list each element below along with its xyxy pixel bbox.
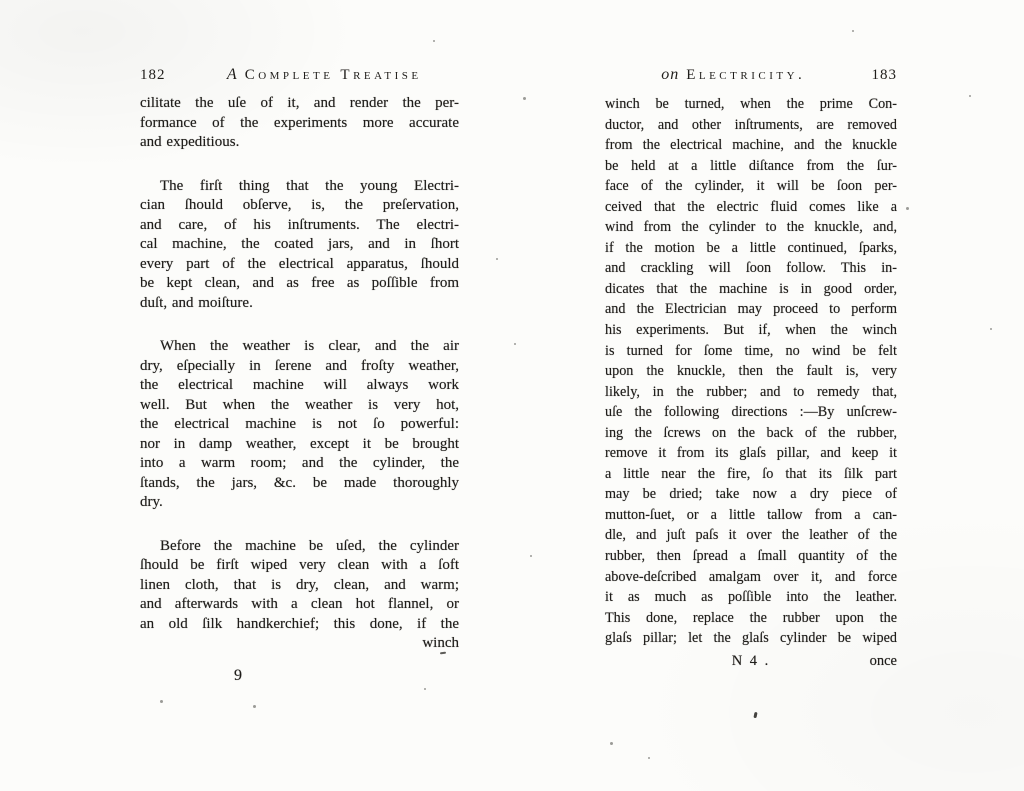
text-line: dicates that the machine is in good orde… <box>605 279 897 300</box>
text-line: remove it from its glaſs pillar, and kee… <box>605 443 897 464</box>
text-line: the electrical machine is not ſo powerfu… <box>140 415 459 435</box>
text-line: a little near the fire, ſo that its ſilk… <box>605 464 897 485</box>
text-line: dry. <box>140 493 459 513</box>
page-left: 182 AComplete Treatise cilitate the uſe … <box>140 66 459 685</box>
scan-speck <box>514 343 516 345</box>
text-line: duſt, and moiſture. <box>140 294 459 314</box>
page-number-right: 183 <box>872 67 898 84</box>
text-line: may be dried; take now a dry piece of <box>605 484 897 505</box>
paragraph: Before the machine be uſed, the cylinder… <box>140 537 459 635</box>
running-title-italic-right: on <box>661 66 679 83</box>
signature-mark-right: N 4 . <box>605 651 897 672</box>
running-header-left: 182 AComplete Treatise <box>140 66 459 86</box>
scan-mark <box>753 712 757 718</box>
book-scan: 182 AComplete Treatise cilitate the uſe … <box>0 0 1024 791</box>
paragraph: When the weather is clear, and the airdr… <box>140 337 459 513</box>
text-line: be kept clean, and as free as poſſible f… <box>140 274 459 294</box>
running-title-right: onElectricity. <box>605 66 862 84</box>
running-title-caps-right: Electricity. <box>686 67 805 83</box>
page-right: onElectricity. 183 winch be turned, when… <box>605 66 897 671</box>
text-line: into a warm room; and the cylinder, the <box>140 454 459 474</box>
scan-speck <box>253 705 256 708</box>
text-line: Before the machine be uſed, the cylinder <box>140 537 459 557</box>
text-line: uſe the following directions :—By unſcre… <box>605 402 897 423</box>
text-line: every part of the electrical apparatus, … <box>140 255 459 275</box>
scan-speck <box>433 40 435 42</box>
text-line: cilitate the uſe of it, and render the p… <box>140 94 459 114</box>
text-line: winch be turned, when the prime Con- <box>605 94 897 115</box>
scan-speck <box>969 95 971 97</box>
scan-speck <box>990 328 992 330</box>
text-line: formance of the experiments more accurat… <box>140 114 459 134</box>
running-title-left: AComplete Treatise <box>190 66 460 84</box>
text-line: cian ſhould obſerve, is, the preſervatio… <box>140 196 459 216</box>
text-line: ing the ſcrews on the back of the rubber… <box>605 423 897 444</box>
text-line: it as much as poſſible into the leather. <box>605 587 897 608</box>
text-line: and care, of his inſtruments. The electr… <box>140 216 459 236</box>
text-line: nor in damp weather, except it be brough… <box>140 435 459 455</box>
text-line: face of the cylinder, it will be ſoon pe… <box>605 176 897 197</box>
signature-mark-left: 9 <box>234 667 459 685</box>
scan-speck <box>852 30 854 32</box>
text-line: This done, replace the rubber upon the <box>605 608 897 629</box>
text-line: his experiments. But if, when the winch <box>605 320 897 341</box>
text-line: well. But when the weather is very hot, <box>140 396 459 416</box>
text-line: dry, eſpecially in ſerene and froſty wea… <box>140 357 459 377</box>
running-title-caps-left: Complete Treatise <box>245 67 422 83</box>
text-line: and afterwards with a clean hot flannel,… <box>140 595 459 615</box>
scan-speck <box>906 207 909 210</box>
text-line: ceived that the electric fluid comes lik… <box>605 197 897 218</box>
catchword-right: once <box>870 651 897 672</box>
scan-speck <box>496 258 498 260</box>
text-line: if the motion be a little continued, ſpa… <box>605 238 897 259</box>
scan-speck <box>648 757 650 759</box>
scan-speck <box>160 700 163 703</box>
text-line: rubber, then ſpread a ſmall quantity of … <box>605 546 897 567</box>
text-line: an old ſilk handkerchief; this done, if … <box>140 615 459 635</box>
text-line: is turned for ſome time, no wind be felt <box>605 341 897 362</box>
running-title-italic-left: A <box>227 66 238 83</box>
text-line: cal machine, the coated jars, and in ſho… <box>140 235 459 255</box>
text-line: and the Electrician may proceed to perfo… <box>605 299 897 320</box>
text-line: dle, and juſt paſs it over the leather o… <box>605 525 897 546</box>
text-line: ſhould be firſt wiped very clean with a … <box>140 556 459 576</box>
text-line: linen cloth, that is dry, clean, and war… <box>140 576 459 596</box>
paragraph: winch be turned, when the prime Con-duct… <box>605 94 897 649</box>
text-line: The firſt thing that the young Electri- <box>140 177 459 197</box>
text-line: ſtands, the jars, &c. be made thoroughly <box>140 474 459 494</box>
text-line: When the weather is clear, and the air <box>140 337 459 357</box>
text-line: mutton-ſuet, or a little tallow from a c… <box>605 505 897 526</box>
scan-speck <box>610 742 613 745</box>
text-line: from the electrical machine, and the knu… <box>605 135 897 156</box>
text-line: above-deſcribed amalgam over it, and for… <box>605 567 897 588</box>
text-line: wind from the cylinder to the knuckle, a… <box>605 217 897 238</box>
running-header-right: onElectricity. 183 <box>605 66 897 86</box>
text-line: upon the knuckle, then the fault is, ver… <box>605 361 897 382</box>
paragraph: The firſt thing that the young Electri-c… <box>140 177 459 314</box>
signature-row-right: N 4 . once <box>605 651 897 672</box>
text-line: and expeditious. <box>140 133 459 153</box>
scan-speck <box>523 97 526 100</box>
scan-speck <box>424 688 426 690</box>
body-text-right: winch be turned, when the prime Con-duct… <box>605 94 897 649</box>
page-number-left: 182 <box>140 67 166 84</box>
paragraph: cilitate the uſe of it, and render the p… <box>140 94 459 153</box>
text-line: likely, in the rubber; and to remedy tha… <box>605 382 897 403</box>
text-line: the electrical machine will always work <box>140 376 459 396</box>
text-line: be held at a little diſtance from the ſu… <box>605 156 897 177</box>
catchword-left: winch <box>140 634 459 654</box>
text-line: ductor, and other inſtruments, are remov… <box>605 115 897 136</box>
body-text-left: cilitate the uſe of it, and render the p… <box>140 94 459 634</box>
scan-speck <box>530 555 532 557</box>
text-line: glaſs pillar; let the glaſs cylinder be … <box>605 628 897 649</box>
text-line: and crackling will ſoon follow. This in- <box>605 258 897 279</box>
